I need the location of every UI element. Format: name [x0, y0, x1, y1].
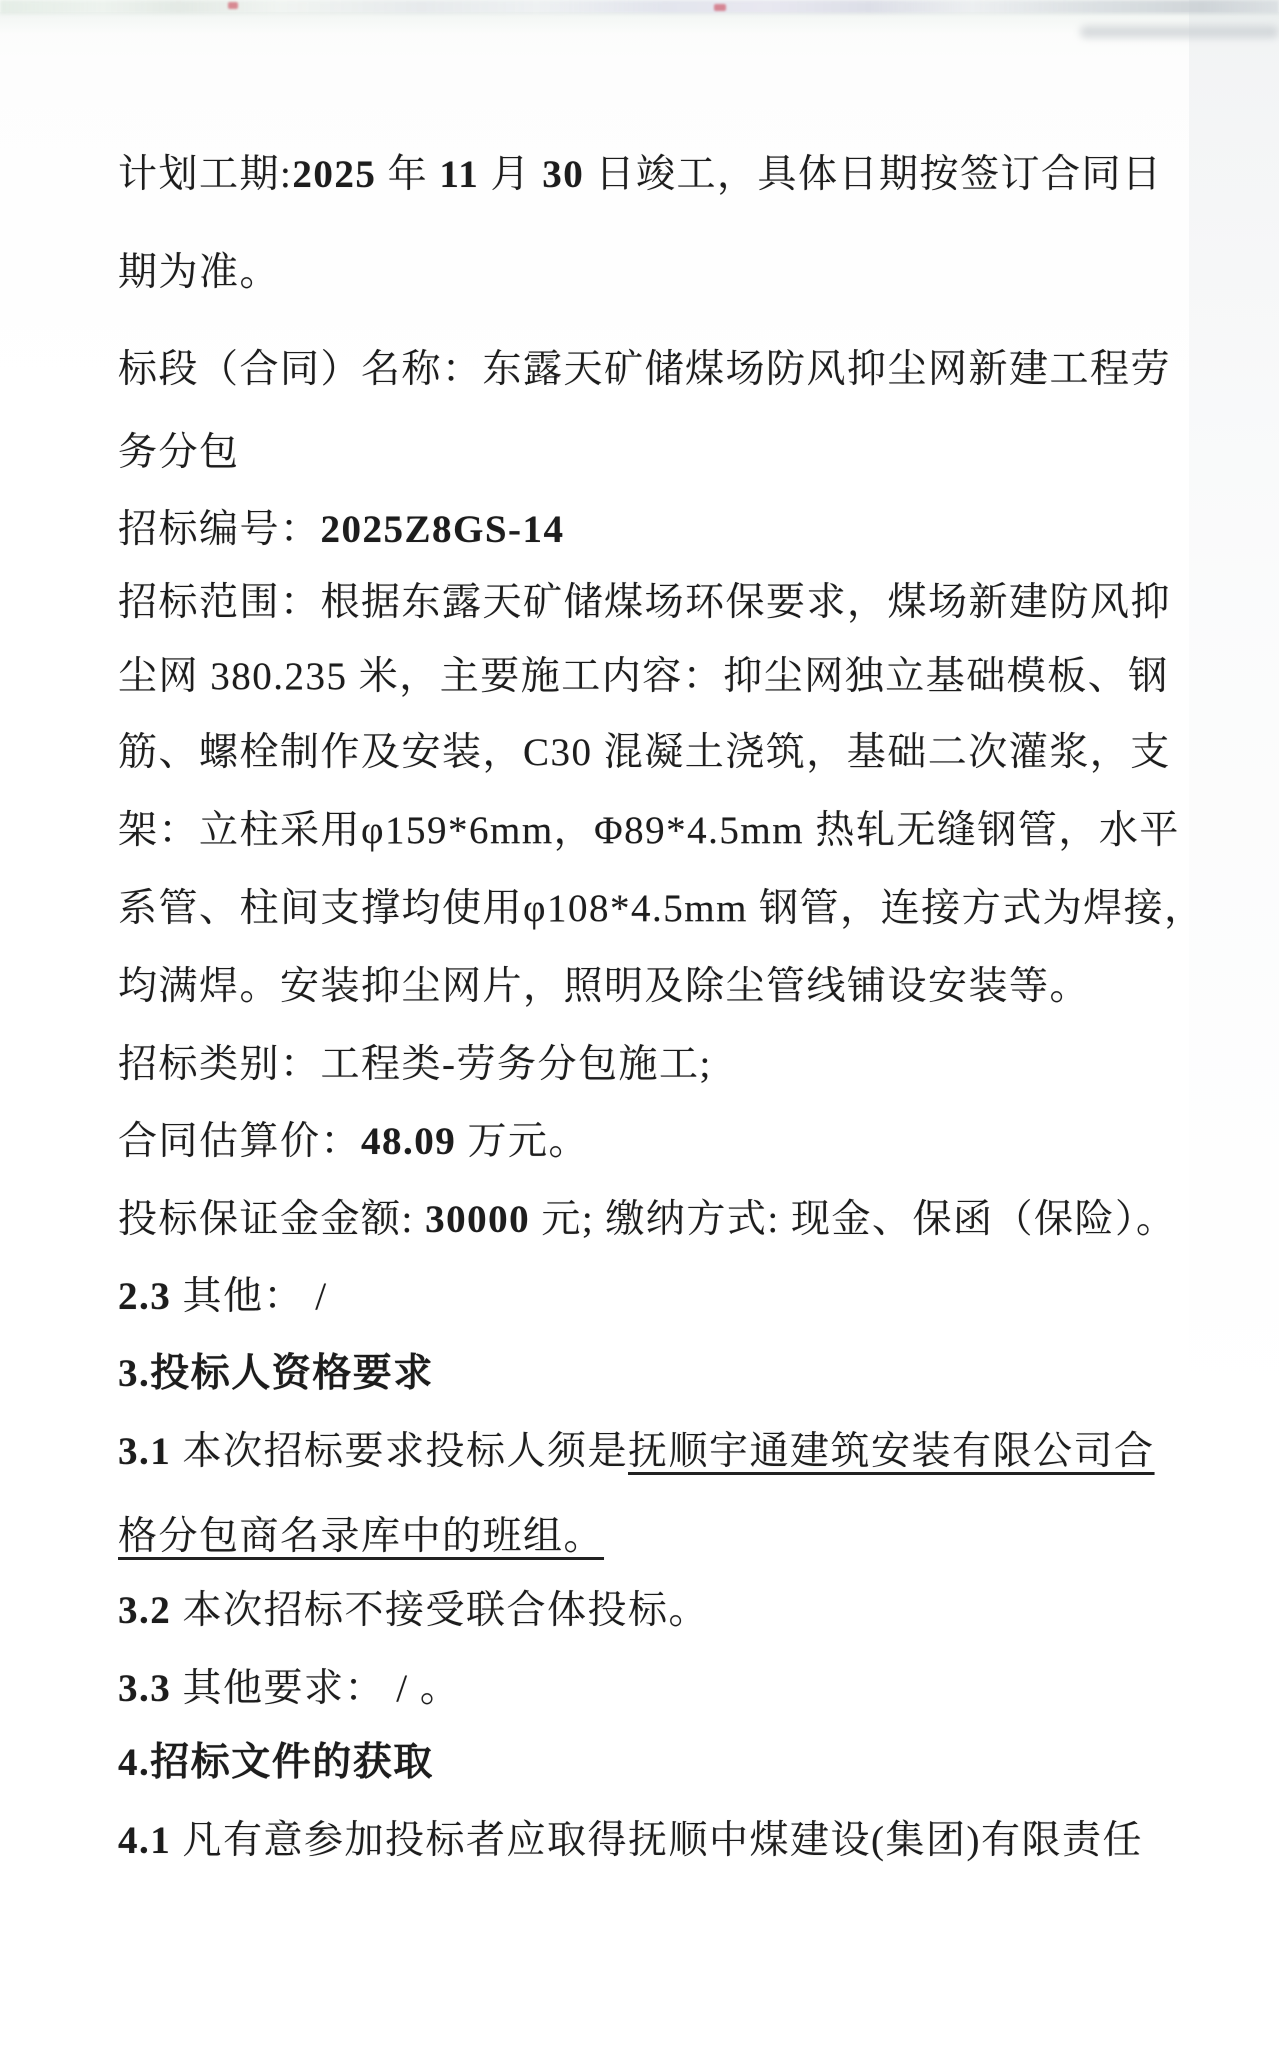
text-line: 合同估算价：48.09 万元。 [118, 1117, 589, 1167]
text-segment: 招标类别：工程类-劳务分包施工; [118, 1043, 712, 1086]
text-segment: 11 [439, 153, 479, 196]
text-segment: 30 [542, 153, 584, 196]
text-line: 计划工期:2025 年 11 月 30 日竣工，具体日期按签订合同日 [118, 150, 1163, 200]
text-line: 筋、螺栓制作及安装，C30 混凝土浇筑，基础二次灌浆，支 [118, 728, 1171, 778]
text-segment: 48.09 [361, 1120, 456, 1163]
text-line: 架：立柱采用φ159*6mm，Φ89*4.5mm 热轧无缝钢管，水平 [118, 806, 1180, 856]
text-segment: 期为准。 [118, 251, 280, 294]
text-line: 标段（合同）名称：东露天矿储煤场防风抑尘网新建工程劳 [118, 345, 1171, 395]
text-segment: 计划工期: [118, 153, 292, 196]
text-segment: 标段（合同）名称：东露天矿储煤场防风抑尘网新建工程劳 [118, 348, 1171, 391]
text-segment: 招标范围：根据东露天矿储煤场环保要求，煤场新建防风抑 [118, 581, 1171, 624]
text-line: 系管、柱间支撑均使用φ108*4.5mm 钢管，连接方式为焊接， [118, 884, 1205, 934]
text-segment: 架：立柱采用φ159*6mm，Φ89*4.5mm 热轧无缝钢管，水平 [118, 809, 1180, 852]
text-segment: 务分包 [118, 431, 240, 474]
text-segment: 3.1 [118, 1430, 171, 1473]
text-line: 务分包 [118, 428, 240, 478]
text-segment: 2025 [292, 153, 376, 196]
text-segment: 4.1 [118, 1819, 171, 1862]
text-segment: 本次招标要求投标人须是 [171, 1430, 628, 1473]
text-segment: 3.3 [118, 1667, 171, 1710]
text-segment: 3.2 [118, 1589, 171, 1632]
text-segment: 合同估算价： [118, 1120, 361, 1163]
text-line: 期为准。 [118, 248, 280, 298]
text-segment: 系管、柱间支撑均使用φ108*4.5mm 钢管，连接方式为焊接， [118, 887, 1205, 930]
text-line: 格分包商名录库中的班组。 [118, 1512, 604, 1562]
text-segment: 格分包商名录库中的班组。 [118, 1515, 604, 1558]
text-line: 4.招标文件的获取 [118, 1738, 434, 1788]
text-segment: 日竣工，具体日期按签订合同日 [584, 153, 1162, 196]
text-segment: 2025Z8GS-14 [321, 508, 565, 551]
text-line: 招标范围：根据东露天矿储煤场环保要求，煤场新建防风抑 [118, 578, 1171, 628]
text-segment: 本次招标不接受联合体投标。 [171, 1589, 709, 1632]
text-segment: 其他要求： / 。 [171, 1667, 460, 1710]
text-segment: 尘网 380.235 米，主要施工内容：抑尘网独立基础模板、钢 [118, 655, 1169, 698]
text-line: 3.3 其他要求： / 。 [118, 1664, 460, 1714]
text-line: 4.1 凡有意参加投标者应取得抚顺中煤建设(集团)有限责任 [118, 1816, 1143, 1866]
text-segment: 凡有意参加投标者应取得抚顺中煤建设(集团)有限责任 [171, 1819, 1143, 1862]
text-segment: 4.招标文件的获取 [118, 1741, 434, 1784]
text-segment: 元; 缴纳方式: 现金、保函（保险）。 [530, 1198, 1176, 1241]
text-line: 招标编号：2025Z8GS-14 [118, 505, 565, 555]
text-segment: 抚顺宇通建筑安装有限公司合 [628, 1430, 1155, 1473]
text-line: 尘网 380.235 米，主要施工内容：抑尘网独立基础模板、钢 [118, 652, 1169, 702]
scanned-document-page: 计划工期:2025 年 11 月 30 日竣工，具体日期按签订合同日期为准。标段… [0, 0, 1279, 2060]
document-body: 计划工期:2025 年 11 月 30 日竣工，具体日期按签订合同日期为准。标段… [0, 0, 1279, 2060]
text-segment: 均满焊。安装抑尘网片，照明及除尘管线铺设安装等。 [118, 965, 1090, 1008]
text-line: 3.投标人资格要求 [118, 1349, 434, 1399]
text-segment: 万元。 [456, 1120, 589, 1163]
text-segment: 招标编号： [118, 508, 321, 551]
text-segment: 年 [376, 153, 439, 196]
text-line: 2.3 其他： / [118, 1272, 328, 1322]
text-segment: 投标保证金金额: [118, 1198, 425, 1241]
text-segment: 月 [479, 153, 542, 196]
text-segment: 3.投标人资格要求 [118, 1352, 434, 1395]
text-line: 3.1 本次招标要求投标人须是抚顺宇通建筑安装有限公司合 [118, 1427, 1155, 1477]
text-line: 招标类别：工程类-劳务分包施工; [118, 1040, 712, 1090]
text-segment: 其他： / [171, 1275, 327, 1318]
text-line: 3.2 本次招标不接受联合体投标。 [118, 1586, 709, 1636]
text-line: 投标保证金金额: 30000 元; 缴纳方式: 现金、保函（保险）。 [118, 1195, 1177, 1245]
text-segment: 筋、螺栓制作及安装，C30 混凝土浇筑，基础二次灌浆，支 [118, 731, 1171, 774]
text-segment: 2.3 [118, 1275, 171, 1318]
text-segment: 30000 [425, 1198, 530, 1241]
text-line: 均满焊。安装抑尘网片，照明及除尘管线铺设安装等。 [118, 962, 1090, 1012]
